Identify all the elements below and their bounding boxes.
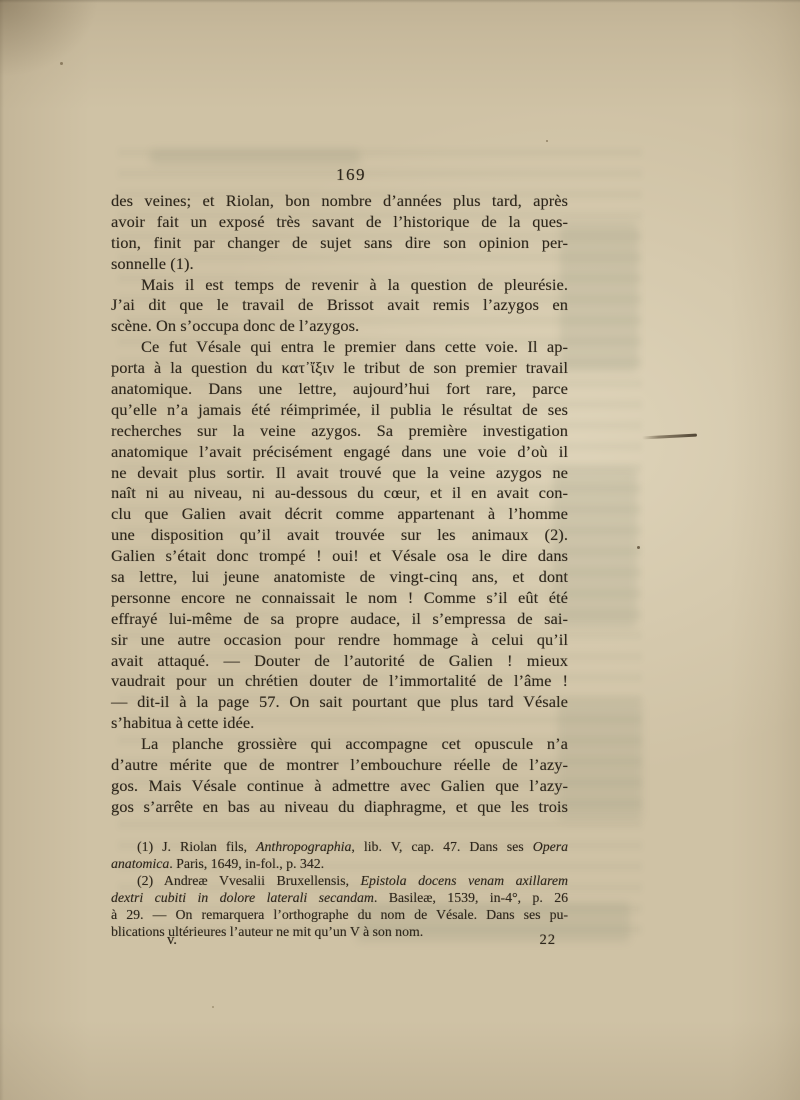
footnote-text: . Paris, 1649, in-fol., p. 342. [169, 856, 324, 871]
sheet-signature: 22 [540, 932, 557, 949]
scanned-book-page: 169 des veines; et Riolan, bon nombre d’… [0, 0, 800, 1100]
body-line: J’ai dit que le travail de Brissot avait… [111, 295, 568, 316]
body-line: Galien s’était donc trompé ! oui! et Vés… [111, 546, 568, 567]
paper-speck [637, 546, 640, 549]
body-line: ne devait plus sortir. Il avait trouvé q… [111, 463, 568, 484]
footnote-italic-text: Anthropographia [256, 839, 351, 854]
body-line: anatomique l’avait précisément engagé da… [111, 442, 568, 463]
paper-speck [212, 1006, 214, 1008]
body-line: naît ni au niveau, ni au-dessous du cœur… [111, 483, 568, 504]
body-line: d’autre mérite que de montrer l’embouchu… [111, 755, 568, 776]
body-line: — dit-il à la page 57. On sait pourtant … [111, 692, 568, 713]
footnote-line: anatomica. Paris, 1649, in-fol., p. 342. [111, 855, 568, 872]
body-line: des veines; et Riolan, bon nombre d’anné… [111, 191, 568, 212]
body-line: avait attaqué. — Douter de l’autorité de… [111, 651, 568, 672]
footnote-line: à 29. — On remarquera l’orthographe du n… [111, 906, 568, 923]
body-line: personne encore ne connaissait le nom ! … [111, 588, 568, 609]
footnote-text: . Basileæ, 1539, in-4°, p. 26 [374, 890, 568, 905]
paper-speck [60, 62, 63, 65]
body-line: vaudrait pour un chrétien douter de l’im… [111, 671, 568, 692]
body-line: clu que Galien avait décrit comme appart… [111, 504, 568, 525]
body-line: porta à la question du κατ᾽ἴξιν le tribu… [111, 358, 568, 379]
body-line: Mais il est temps de revenir à la questi… [111, 275, 568, 296]
body-line: anatomique. Dans une lettre, aujourd’hui… [111, 379, 568, 400]
footnote-line: (2) Andreæ Vvesalii Bruxellensis, Episto… [111, 872, 568, 889]
body-line: avoir fait un exposé très savant de l’hi… [111, 212, 568, 233]
footnote-text: (1) J. Riolan fils, [137, 839, 256, 854]
footnote-italic-text: Opera [533, 839, 568, 854]
body-line: sir une autre occasion pour rendre homma… [111, 630, 568, 651]
show-through-smudge [150, 149, 360, 165]
body-line: Ce fut Vésale qui entra le premier dans … [111, 337, 568, 358]
footnotes: (1) J. Riolan fils, Anthropographia, lib… [111, 838, 568, 940]
footnote-text: (2) Andreæ Vvesalii Bruxellensis, [137, 873, 361, 888]
body-line: gos s’arrête en bas au niveau du diaphra… [111, 797, 568, 818]
footnote-italic-text: anatomica [111, 856, 169, 871]
body-line: scène. On s’occupa donc de l’azygos. [111, 316, 568, 337]
margin-pencil-mark [642, 434, 697, 440]
body-text: des veines; et Riolan, bon nombre d’anné… [111, 191, 568, 818]
footnote-text: à 29. — On remarquera l’orthographe du n… [111, 907, 568, 922]
paper-speck [546, 140, 548, 142]
footnote-italic-text: Epistola docens venam axillarem [361, 873, 568, 888]
body-line: s’habitua à cette idée. [111, 713, 568, 734]
body-line: sa lettre, lui jeune anatomiste de vingt… [111, 567, 568, 588]
body-line: tion, finit par changer de sujet sans di… [111, 233, 568, 254]
page-number: 169 [111, 165, 568, 185]
body-line: recherches sur la veine azygos. Sa premi… [111, 421, 568, 442]
footnote-text: , lib. V, cap. 47. Dans ses [351, 839, 532, 854]
body-line: La planche grossière qui accompagne cet … [111, 734, 568, 755]
show-through-smudge [560, 222, 638, 372]
body-line: qu’elle n’a jamais été réimprimée, il pu… [111, 400, 568, 421]
footnote-italic-text: dextri cubiti in dolore laterali secanda… [111, 890, 374, 905]
body-line: effrayé lui-même de sa propre audace, il… [111, 609, 568, 630]
footnote-line: (1) J. Riolan fils, Anthropographia, lib… [111, 838, 568, 855]
show-through-smudge [558, 700, 642, 820]
body-line: gos. Mais Vésale continue à admettre ave… [111, 776, 568, 797]
body-line: sonnelle (1). [111, 254, 568, 275]
signature-line: v. 22 [111, 932, 568, 949]
volume-signature: v. [167, 932, 177, 949]
body-line: une disposition qu’il avait trouvée sur … [111, 525, 568, 546]
footnote-line: dextri cubiti in dolore laterali secanda… [111, 889, 568, 906]
